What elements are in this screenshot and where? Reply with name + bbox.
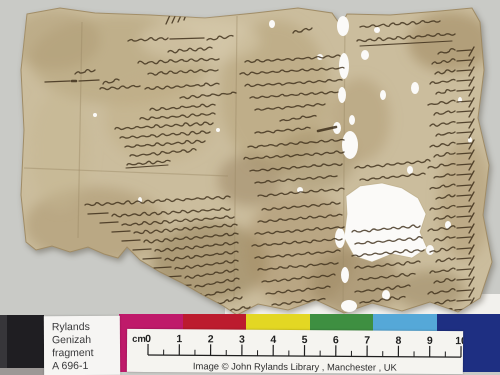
ruler-number: 0 — [145, 333, 151, 345]
hole — [361, 50, 369, 60]
hole — [411, 82, 419, 94]
ruler-number: 8 — [396, 335, 402, 347]
label-line: fragment — [52, 347, 120, 360]
ruler-number: 3 — [239, 334, 245, 346]
hole — [335, 228, 345, 248]
stain — [439, 140, 491, 260]
ruler-number: 5 — [302, 334, 308, 346]
hole — [341, 267, 349, 283]
hole — [269, 20, 275, 28]
hole — [407, 166, 413, 174]
calibration-patch-black — [7, 315, 44, 368]
ruler-card: cm012345678910 Image © John Rylands Libr… — [127, 329, 463, 374]
hole — [339, 53, 349, 79]
ruler-unit-label: cm — [132, 334, 146, 345]
calibration-patch-dark-grey — [0, 315, 7, 368]
ruler-number: 7 — [364, 334, 370, 346]
hole — [426, 245, 434, 255]
hole — [349, 115, 355, 125]
dash-mark — [198, 303, 211, 304]
ruler-number: 10 — [455, 335, 463, 347]
ruler-number: 1 — [176, 333, 182, 345]
ruler-number: 4 — [270, 334, 276, 346]
ruler-number: 6 — [333, 334, 339, 346]
stain — [218, 154, 282, 206]
cm-scale: cm012345678910 — [127, 329, 463, 361]
stain — [140, 18, 260, 62]
photo-stage: RylandsGenizahfragmentA 696-1 cm01234567… — [0, 0, 500, 375]
ruler-number: 2 — [208, 333, 214, 345]
hole — [374, 27, 380, 33]
hole — [93, 113, 97, 117]
shelfmark-label-card: RylandsGenizahfragmentA 696-1 — [44, 316, 120, 375]
hole — [216, 128, 220, 132]
hole — [341, 300, 357, 312]
hole — [342, 131, 358, 159]
dash-mark — [187, 294, 201, 295]
hole — [337, 16, 349, 36]
stain — [105, 78, 215, 162]
hole — [338, 87, 346, 103]
label-line: Rylands — [52, 321, 120, 334]
ruler-number: 9 — [427, 335, 433, 347]
stain — [10, 10, 100, 70]
copyright-text: Image © John Rylands Library , Mancheste… — [127, 360, 463, 373]
hole — [380, 90, 386, 100]
label-line: Genizah — [52, 334, 120, 347]
label-line: A 696-1 — [52, 360, 120, 373]
calibration-grey-block — [0, 315, 44, 375]
